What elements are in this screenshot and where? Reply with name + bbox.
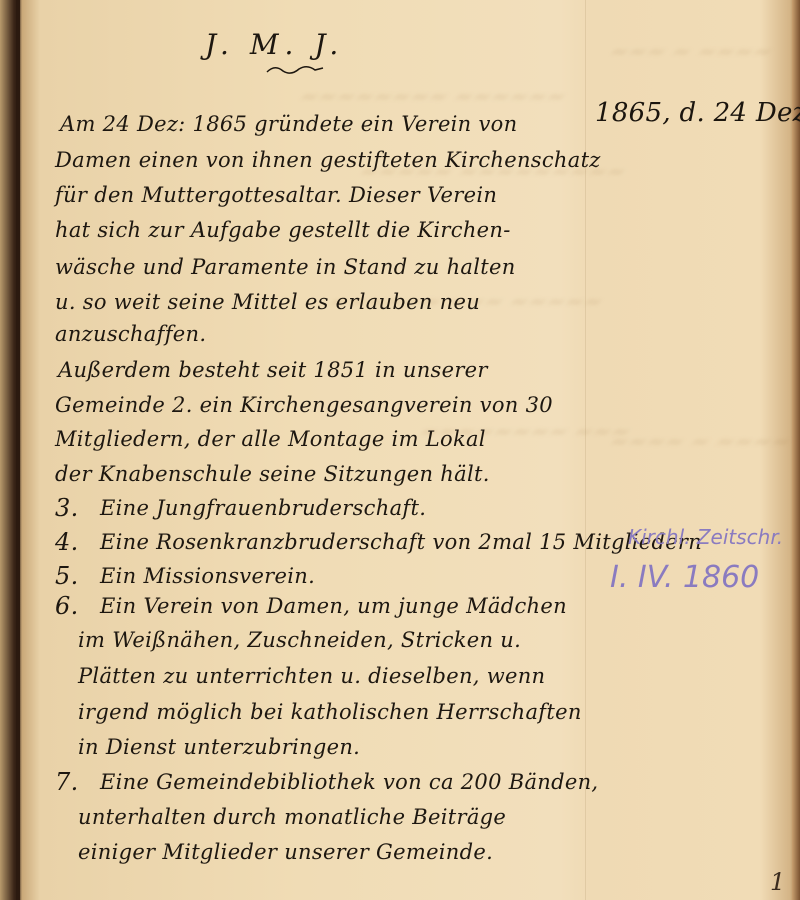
text-line: wäsche und Paramente in Stand zu halten (55, 255, 516, 279)
text-line: für den Muttergottesaltar. Dieser Verein (55, 183, 497, 207)
text-line: Eine Rosenkranzbruderschaft von 2mal 15 … (100, 530, 702, 554)
text-line: unterhalten durch monatliche Beiträge (78, 805, 506, 829)
text-line: Mitgliedern, der alle Montage im Lokal (55, 427, 486, 451)
text-line: Eine Jungfrauenbruderschaft. (100, 496, 426, 520)
text-line: irgend möglich bei katholischen Herrscha… (78, 700, 582, 724)
text-line: im Weißnähen, Zuschneiden, Stricken u. (78, 628, 521, 652)
list-number: 6. (55, 592, 79, 620)
text-line: einiger Mitglieder unserer Gemeinde. (78, 840, 493, 864)
heading-flourish (265, 62, 325, 76)
list-number: 7. (55, 768, 79, 796)
text-line: Außerdem besteht seit 1851 in unserer (58, 358, 488, 382)
text-line: Am 24 Dez: 1865 gründete ein Verein von (60, 112, 517, 136)
text-line: Damen einen von ihnen gestifteten Kirche… (55, 148, 601, 172)
bleed-through: ~~~~~~~~ ~~~~~~ (294, 85, 571, 110)
text-line: hat sich zur Aufgabe gestellt die Kirche… (55, 218, 511, 242)
list-number: 3. (55, 494, 79, 522)
text-line: in Dienst unterzubringen. (78, 735, 360, 759)
list-number: 5. (55, 562, 79, 590)
text-line: Ein Verein von Damen, um junge Mädchen (100, 594, 567, 618)
text-line: Plätten zu unterrichten u. dieselben, we… (78, 664, 545, 688)
stamp-line-1: Kirchl. Zeitschr. (628, 525, 783, 549)
text-line: Ein Missionsverein. (100, 564, 315, 588)
book-binding-edge (16, 0, 20, 900)
page-right-edge (792, 0, 800, 900)
heading: J. M. J. (205, 28, 344, 61)
list-number: 4. (55, 528, 79, 556)
text-line: der Knabenschule seine Sitzungen hält. (55, 462, 490, 486)
margin-fold (585, 0, 586, 900)
text-line: Gemeinde 2. ein Kirchengesangverein von … (55, 393, 553, 417)
margin-date-note: 1865, d. 24 Dez: (595, 98, 800, 128)
bleed-through: ~~~~ ~ ~~~~ (604, 430, 796, 455)
text-line: Eine Gemeindebibliothek von ca 200 Bände… (100, 770, 598, 794)
page-number: 1 (770, 868, 786, 896)
text-line: anzuschaffen. (55, 322, 206, 346)
text-line: u. so weit seine Mittel es erlauben neu (55, 290, 480, 314)
stamp-line-2: I. IV. 1860 (610, 560, 759, 595)
bleed-through: ~~~ ~ ~~~~ (604, 40, 777, 65)
